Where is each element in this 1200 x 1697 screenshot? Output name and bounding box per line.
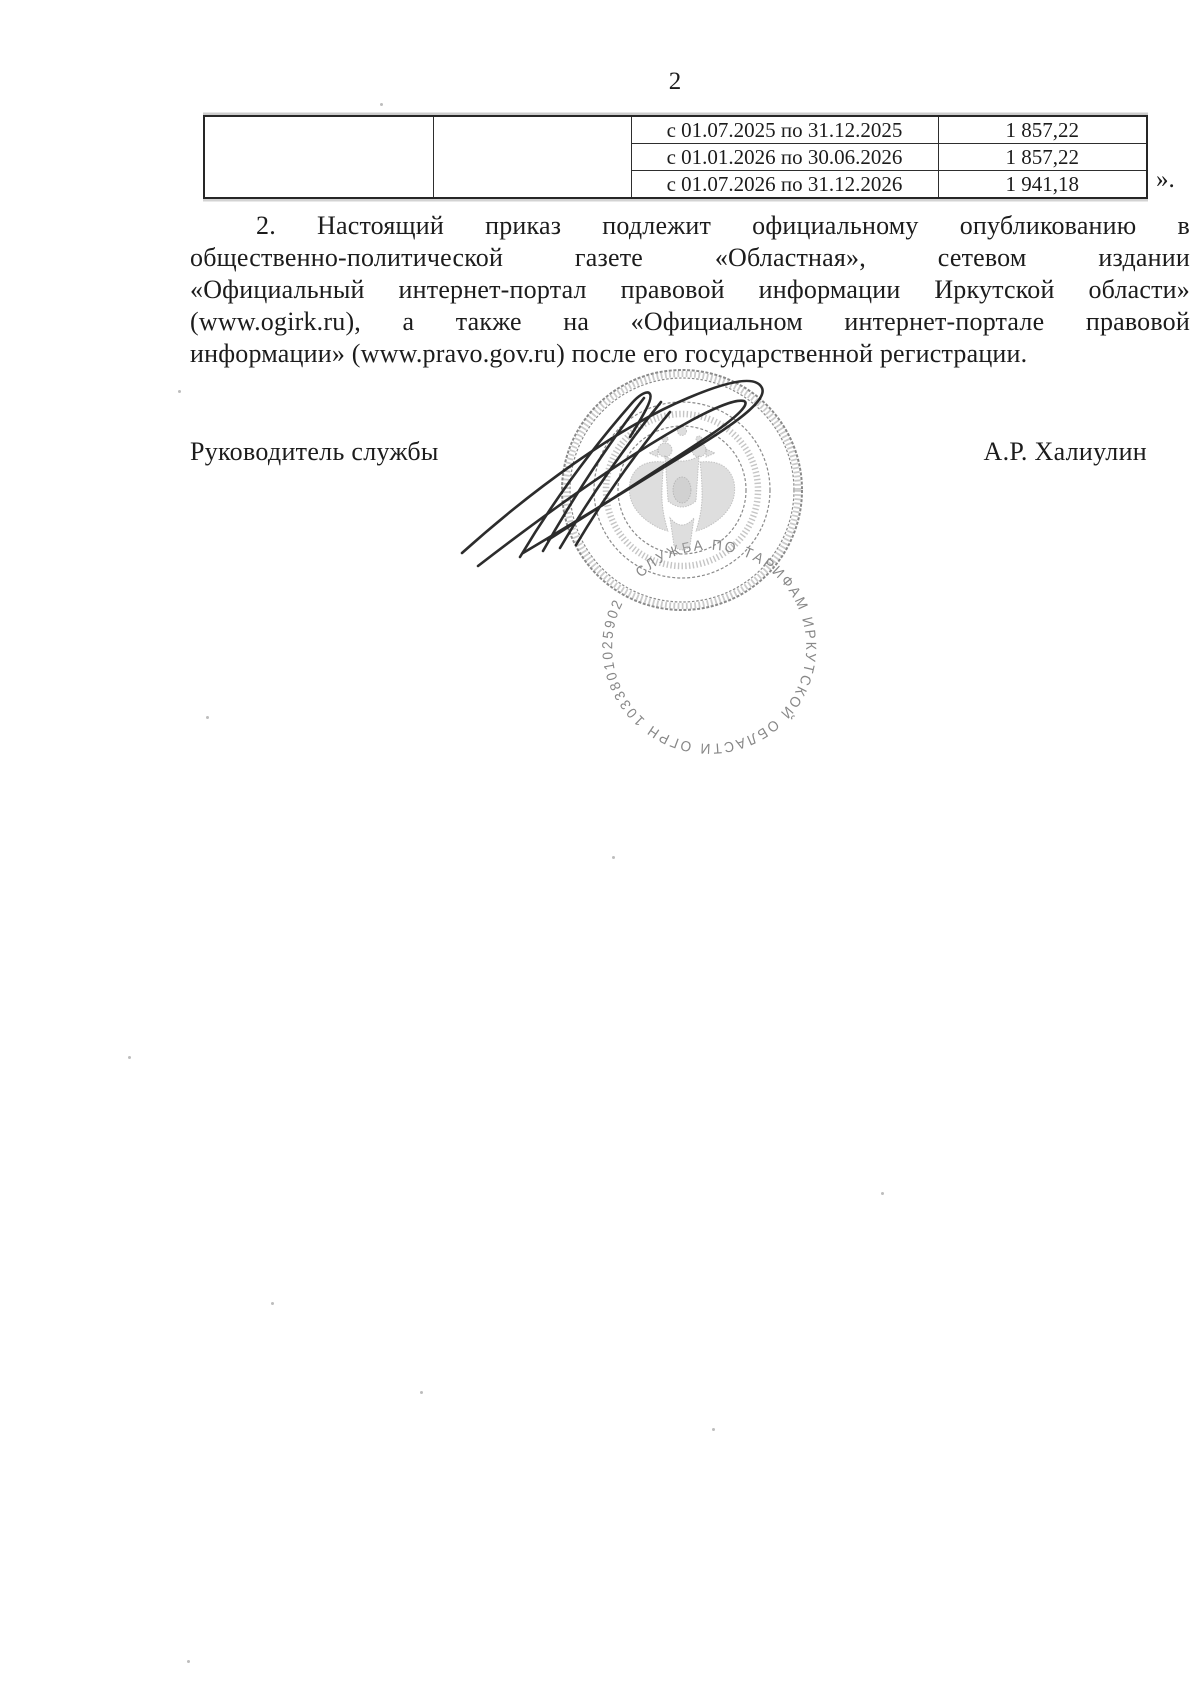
signoff-row: Руководитель службы А.Р. Халиулин xyxy=(190,437,1147,467)
scan-speck xyxy=(128,1056,131,1059)
value-cell: 1 857,22 xyxy=(938,116,1147,144)
scan-speck xyxy=(420,1391,423,1394)
paragraph-line: информации» (www.pravo.gov.ru) после его… xyxy=(190,338,1190,370)
period-cell: с 01.01.2026 по 30.06.2026 xyxy=(631,144,938,171)
value-cell: 1 941,18 xyxy=(938,171,1147,199)
scan-speck xyxy=(178,390,181,393)
scan-speck xyxy=(380,103,383,106)
page-number: 2 xyxy=(660,68,690,96)
scan-speck xyxy=(612,856,615,859)
order-paragraph: 2. Настоящий приказ подлежит официальном… xyxy=(190,210,1190,370)
table-row: с 01.07.2025 по 31.12.2025 1 857,22 xyxy=(204,116,1147,144)
period-cell: с 01.07.2026 по 31.12.2026 xyxy=(631,171,938,199)
paragraph-line: общественно-политической газете «Областн… xyxy=(190,242,1190,274)
signoff-name: А.Р. Халиулин xyxy=(984,437,1147,467)
scan-speck xyxy=(881,1192,884,1195)
value-cell: 1 857,22 xyxy=(938,144,1147,171)
paragraph-line: 2. Настоящий приказ подлежит официальном… xyxy=(190,210,1190,242)
scan-speck xyxy=(206,716,209,719)
scan-speck xyxy=(187,1660,190,1663)
document-page: 2 с 01.07.2025 по 31.12.2025 1 857,22 с … xyxy=(0,0,1200,1697)
paragraph-line: «Официальный интернет-портал правовой ин… xyxy=(190,274,1190,306)
official-stamp: СЛУЖБА ПО ТАРИФАМ ИРКУТСКОЙ ОБЛАСТИ ОГРН… xyxy=(562,370,818,756)
scan-speck xyxy=(712,1428,715,1431)
tariff-table: с 01.07.2025 по 31.12.2025 1 857,22 с 01… xyxy=(203,115,1148,199)
closing-quote-mark: ». xyxy=(1156,166,1175,194)
stamp-ring-text: СЛУЖБА ПО ТАРИФАМ ИРКУТСКОЙ ОБЛАСТИ ОГРН… xyxy=(600,538,818,756)
scan-speck xyxy=(271,1302,274,1305)
period-cell: с 01.07.2025 по 31.12.2025 xyxy=(631,116,938,144)
table-empty-cell-2 xyxy=(433,116,631,198)
signature xyxy=(462,381,763,566)
paragraph-line: (www.ogirk.ru), а также на «Официальном … xyxy=(190,306,1190,338)
table-empty-cell-1 xyxy=(204,116,433,198)
signoff-title: Руководитель службы xyxy=(190,437,439,467)
